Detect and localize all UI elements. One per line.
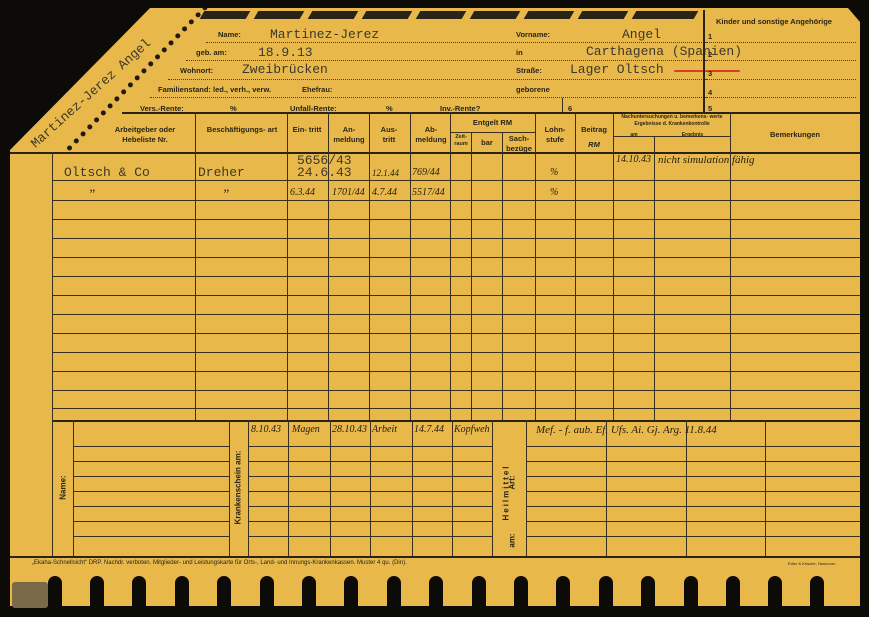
col-zeitraum: Zeit- raum: [451, 134, 471, 148]
insurance-card: Martinez-Jerez Angel Name: Martinez-Jere…: [10, 8, 860, 586]
row1-beschaeftigung: Dreher: [198, 165, 245, 180]
strasse-label: Straße:: [516, 66, 542, 75]
geborene-label: geborene: [516, 85, 550, 94]
col-lohnstufe: Lohn- stufe: [538, 125, 572, 145]
in-value: Carthagena (Spanien): [586, 44, 742, 59]
lower-name-label: Name:: [59, 471, 68, 505]
kinder-1: 1: [708, 32, 712, 41]
geb-label: geb. am:: [196, 48, 227, 57]
col-arbeitgeber: Arbeitgeber oder Hebeliste Nr.: [110, 125, 180, 145]
row1-arbeitgeber: Oltsch & Co: [64, 165, 150, 180]
row2-arbeitgeber: ”: [88, 186, 95, 202]
familienstand-label: Familienstand: led., verh., verw.: [158, 85, 271, 94]
col-abmeldung: Ab- meldung: [412, 125, 450, 145]
row1-eintritt: 24.6.43: [297, 165, 352, 180]
krankenschein-date-2: 28.10.43: [332, 424, 367, 435]
col-bemerkungen: Bemerkungen: [732, 130, 858, 140]
krankenschein-reason-2: Arbeit: [372, 424, 397, 435]
col-bar: bar: [472, 138, 502, 148]
krankenschein-reason-1: Magen: [292, 424, 320, 435]
heilmittel-label: Heilmittel: [502, 463, 511, 523]
col-beschaeftigung: Beschäftigungs- art: [202, 125, 282, 135]
col-nachunters: Nachuntersuchungen u. bemerkens- werte E…: [614, 114, 730, 128]
col-beitrag-unit: RM: [576, 140, 612, 150]
geb-value: 18.9.13: [258, 45, 313, 60]
name-label: Name:: [218, 30, 241, 39]
col-nach-ergebnis: Ergebnis: [655, 130, 730, 140]
row1-austritt: 12.1.44: [372, 168, 399, 178]
col-sachbezuege: Sach- bezüge: [504, 134, 534, 154]
row2-beschaeftigung: ”: [222, 186, 229, 202]
col-entgelt: Entgelt RM: [450, 118, 535, 128]
in-label: in: [516, 48, 523, 57]
ehefrau-label: Ehefrau:: [302, 85, 332, 94]
wohnort-label: Wohnort:: [180, 66, 213, 75]
footer-text: „Ekaha-Schnellsicht“ DRP. Nachdr. verbot…: [32, 560, 407, 566]
strasse-value: Lager Oltsch: [570, 62, 664, 77]
bottom-tabs: [10, 586, 860, 606]
kinder-3: 3: [708, 69, 712, 78]
krankenschein-date-1: 8.10.43: [251, 424, 281, 435]
name-value: Martinez-Jerez: [270, 27, 379, 42]
row2-austritt: 4.7.44: [372, 187, 397, 198]
kinder-2: 2: [708, 50, 712, 59]
nachunters-am: 14.10.43: [616, 154, 651, 165]
printer-text: Edler & Krische, Hannover.: [788, 561, 836, 566]
col-anmeldung: An- meldung: [330, 125, 368, 145]
vorname-label: Vorname:: [516, 30, 550, 39]
row2-eintritt: 6.3.44: [290, 187, 315, 198]
wohnort-value: Zweibrücken: [242, 62, 328, 77]
col-beitrag: Beitrag: [576, 125, 612, 135]
vorname-value: Angel: [622, 27, 661, 42]
col-austritt: Aus- tritt: [374, 125, 404, 145]
row2-anmeldung: 1701/44: [332, 187, 365, 198]
nachunters-ergebnis: nicht simulation fähig: [658, 154, 755, 166]
row1-lohnstufe: %: [550, 167, 558, 178]
row1-abmeldung: 769/44: [412, 167, 440, 178]
red-underline: [674, 70, 740, 72]
krankenschein-date-3: 14.7.44: [414, 424, 444, 435]
heilmittel-entry: Mef. - f. aub. Ef. Ufs. Ai. Gj. Arg. 11.…: [536, 424, 717, 436]
krankenschein-reason-3: Kopfweh: [454, 424, 490, 435]
col-nach-am: am: [614, 130, 654, 140]
am-label: am:: [508, 531, 517, 551]
art-label: Art:: [508, 473, 517, 493]
col-eintritt: Ein- tritt: [292, 125, 322, 135]
kinder-4: 4: [708, 88, 712, 97]
row2-abmeldung: 5517/44: [412, 187, 445, 198]
tab-marker: [12, 582, 48, 608]
row2-lohnstufe: %: [550, 187, 558, 198]
krankenschein-label: Krankenschein am:: [234, 448, 243, 528]
kinder-title: Kinder und sonstige Angehörige: [716, 17, 832, 26]
